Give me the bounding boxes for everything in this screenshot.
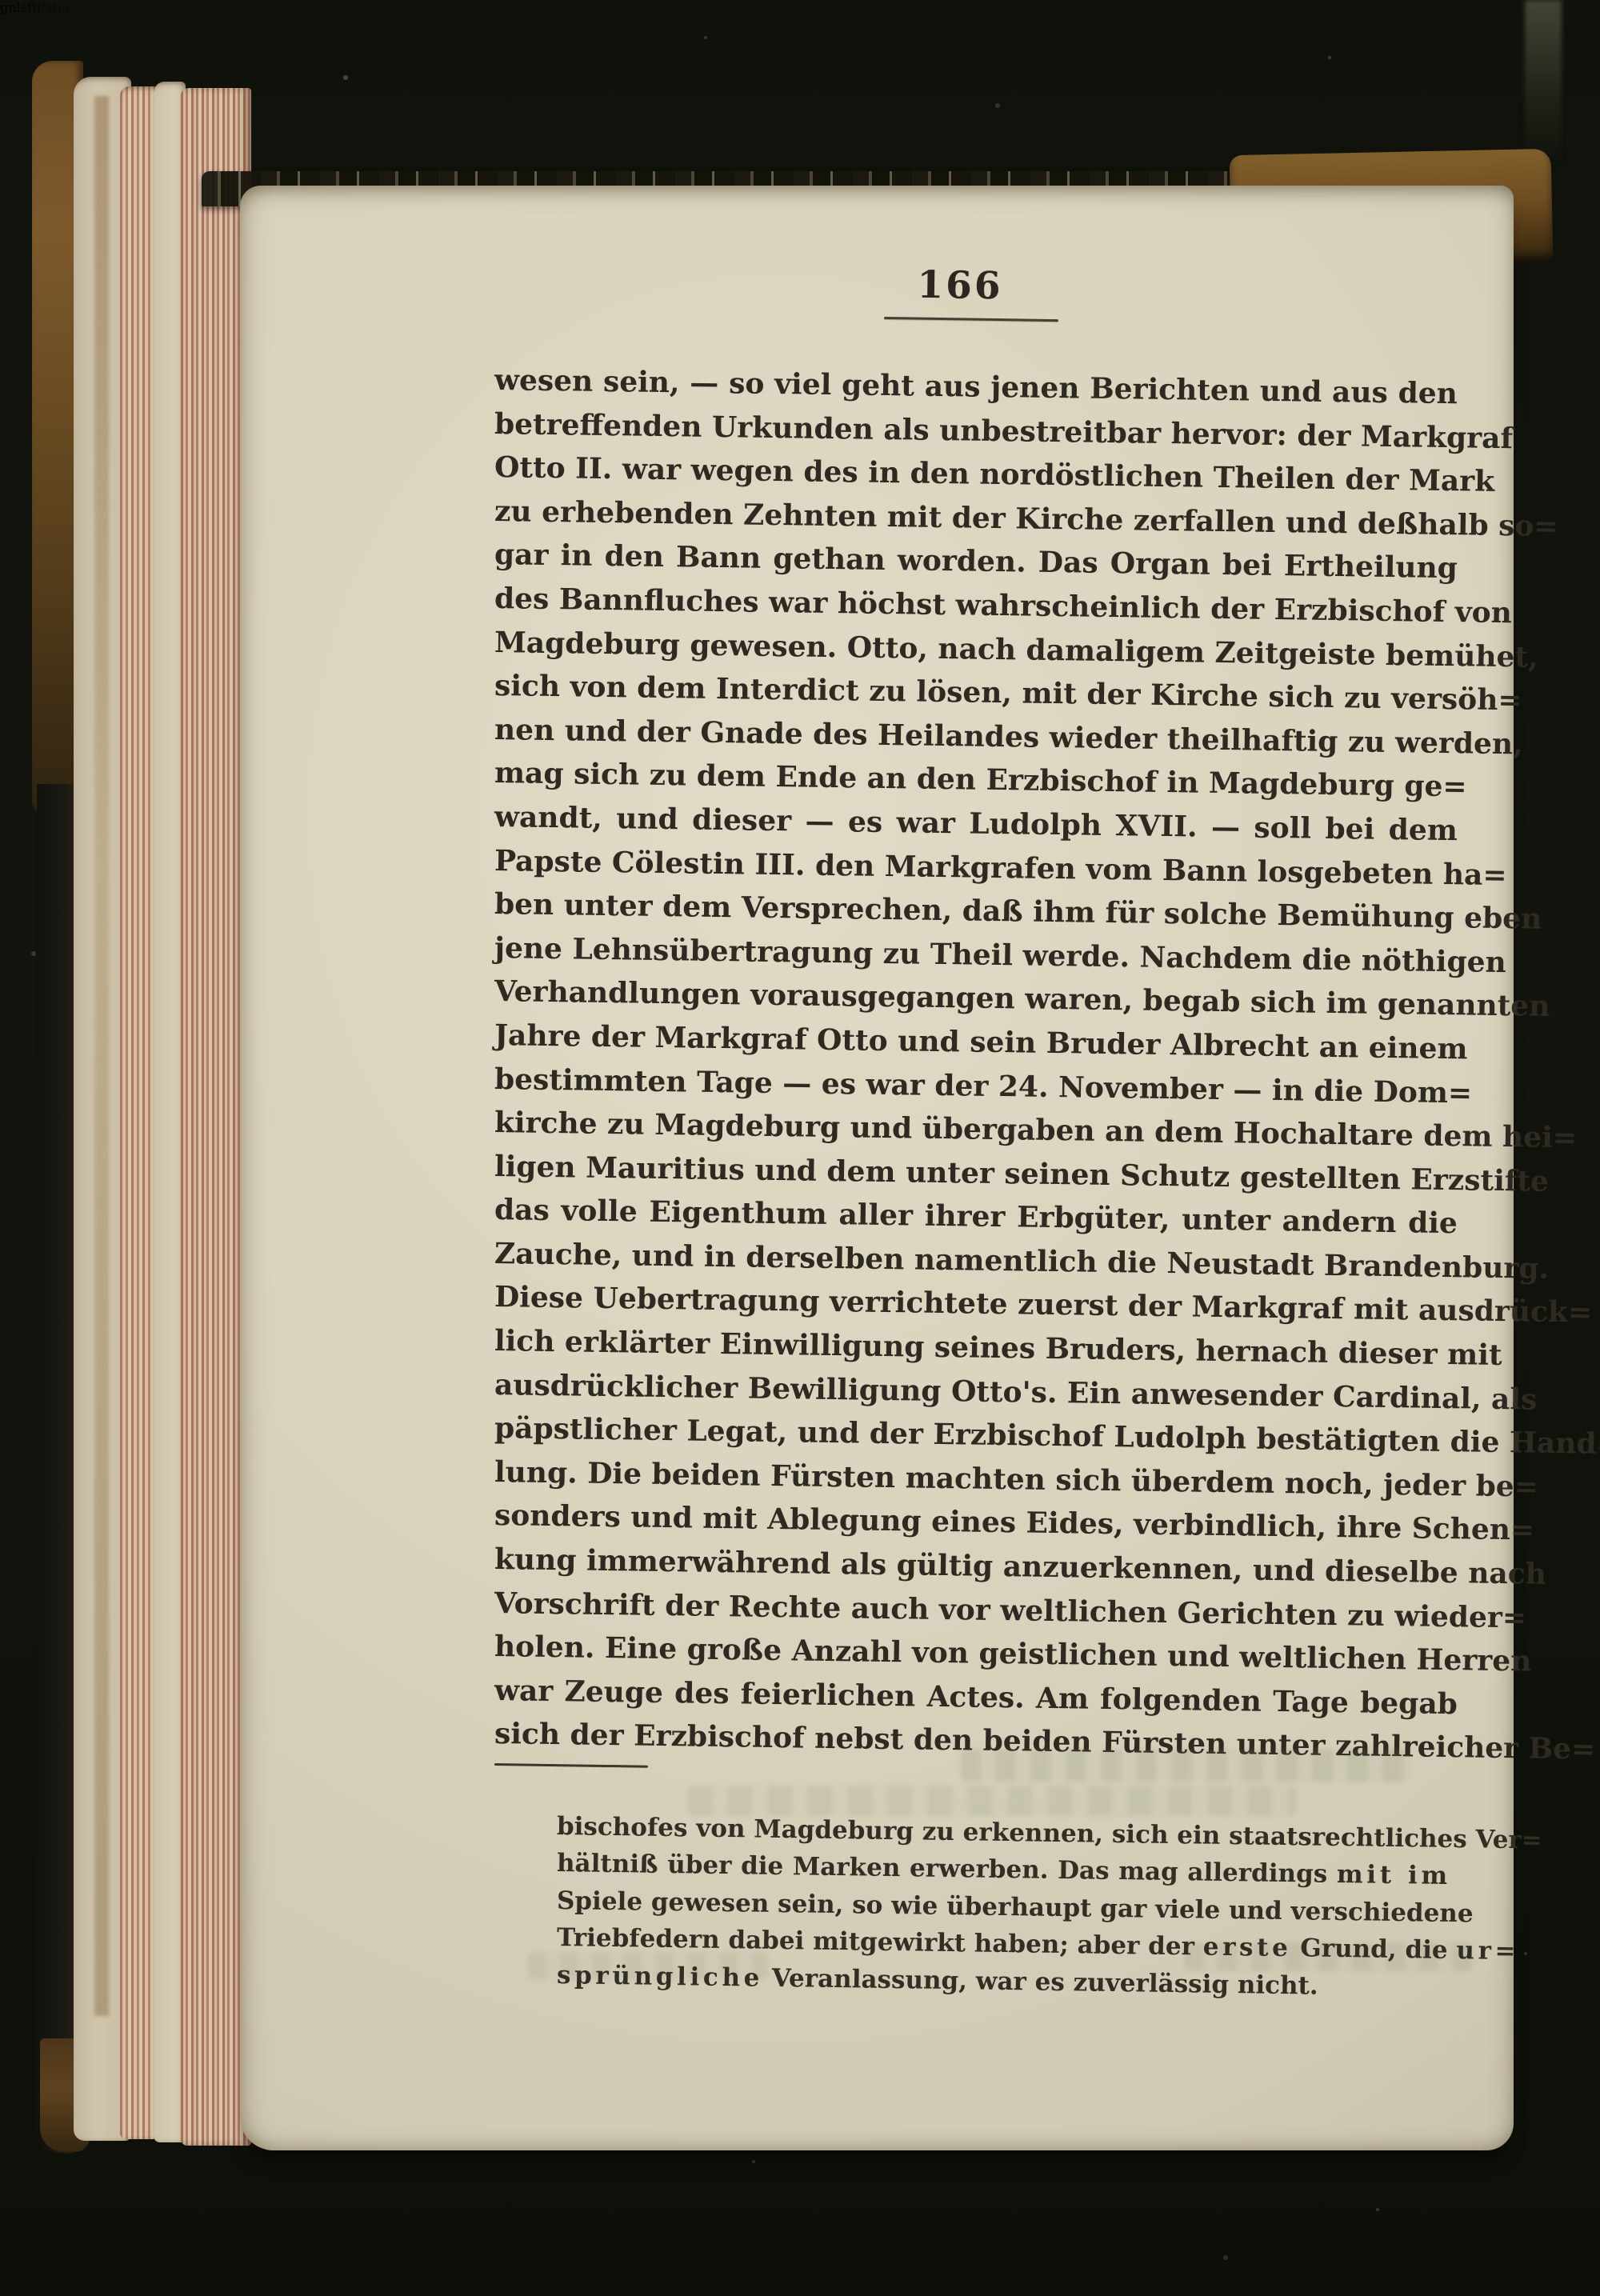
adjacent-page-text-fragment: s (46, 0, 52, 15)
adjacent-page-text-fragment: s (21, 0, 27, 15)
bleedthrough-smudge (960, 1750, 1408, 1782)
footnote-separator-rule (494, 1763, 648, 1768)
adjacent-page-text-fragment: n (8, 0, 16, 15)
adjacent-page-text-fragment: f (27, 0, 32, 15)
adjacent-page-text-fragment: g (0, 0, 8, 15)
footnote-emphasis: sprüngliche (557, 1961, 764, 1993)
page-edge-smudge (94, 96, 109, 2016)
footnote-segment: hältniß über die Marken erwerben. Das ma… (557, 1849, 1337, 1889)
adjacent-page-text-fragment: t (53, 0, 58, 15)
footnote-text: bischofes von Magdeburg zu erkennen, sic… (557, 1808, 1451, 1994)
footnote-emphasis: mit im (1337, 1860, 1452, 1890)
fore-edge-stripes (120, 86, 158, 2139)
footnote-emphasis: erste (1202, 1933, 1291, 1963)
adjacent-page-sliver: gnlsftifstig (0, 0, 70, 15)
footnote-segment: Triebfedern dabei mitgewirkt haben; aber… (557, 1923, 1203, 1962)
background-streak (1525, 0, 1562, 166)
page-number: 166 (872, 262, 1049, 309)
book-page: 166 wesen sein, — so viel geht aus jenen… (240, 186, 1514, 2150)
footnote-segment: Grund, die (1291, 1934, 1456, 1965)
adjacent-page-text-fragment: l (17, 0, 21, 15)
scanned-book-photo: 166 wesen sein, — so viel geht aus jenen… (0, 0, 1600, 2296)
adjacent-page-text-fragment: g (62, 0, 70, 15)
gutter-shadow (1507, 237, 1549, 2171)
page-number-underline (884, 317, 1058, 322)
footnote-segment: Veranlassung, war es zuverlässig nicht. (763, 1963, 1318, 2000)
body-text: wesen sein, — so viel geht aus jenen Ber… (494, 358, 1458, 1756)
